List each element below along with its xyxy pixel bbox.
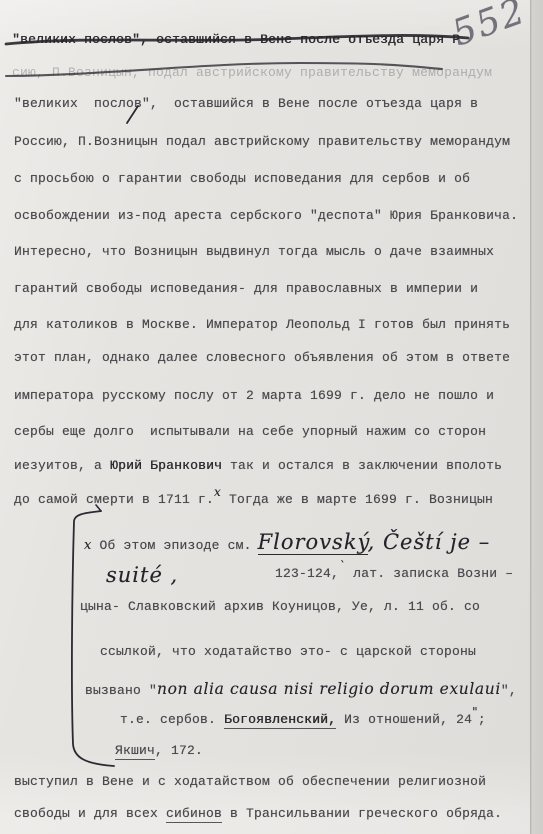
handwritten-sup-mark: " bbox=[472, 705, 478, 719]
typed-text: в Трансильвании греческого обряда. bbox=[222, 806, 502, 821]
typed-text: так и остался в заключении вполоть bbox=[222, 458, 502, 473]
typed-text: ", bbox=[501, 683, 517, 698]
typed-line: свободы и для всех сибинов в Трансильван… bbox=[14, 806, 502, 821]
typed-text: 123-124, bbox=[275, 566, 339, 581]
underlined-term: сибинов bbox=[166, 806, 222, 823]
scan-right-edge bbox=[530, 0, 543, 834]
typed-line: этот план, однако далее словесного объяв… bbox=[14, 350, 510, 365]
handwritten-author: Florovský bbox=[258, 530, 368, 555]
handwritten-latin-quote: non alia causa nisi religio dorum exulau… bbox=[157, 680, 501, 698]
handwritten-citation: Florovský, Čeští je – bbox=[258, 530, 491, 554]
footnote-pages: 123-124,` лат. записка Возни – bbox=[275, 566, 513, 581]
footnote-line: Якшич, 172. bbox=[115, 743, 203, 758]
footnote-line: т.е. сербов. Богоявленский, Из отношений… bbox=[120, 712, 486, 727]
typed-text: лат. записка Возни – bbox=[345, 566, 513, 581]
scanned-manuscript-page: 552 "великих послов", оставшийся в Вене … bbox=[0, 0, 543, 834]
cited-author: Богоявленский, bbox=[224, 712, 336, 729]
struck-draft-line-2: сию, П.Возницын, подал австрийскому прав… bbox=[12, 65, 492, 80]
typed-line: до самой смерти в 1711 г.х Тогда же в ма… bbox=[14, 492, 493, 507]
typed-text: Из отношений, 24 bbox=[336, 712, 472, 727]
footnote-line: вызвано "non alia causa nisi religio dor… bbox=[85, 680, 517, 698]
typed-line: императора русскому послу от 2 марта 169… bbox=[14, 388, 494, 403]
handwritten-tick-mark: ` bbox=[339, 559, 345, 573]
typed-text: Тогда же в марте 1699 г. Возницын bbox=[221, 492, 493, 507]
typed-text: до самой смерти в 1711 г. bbox=[14, 492, 214, 507]
struck-draft-line-1: "великих послов", оставшийся в Вене посл… bbox=[12, 32, 460, 47]
handwritten-title: , Čeští je – bbox=[368, 530, 491, 554]
footnote-line: х Об этом эпизоде см.Florovský, Čeští je… bbox=[84, 530, 490, 554]
cited-author: Якшич bbox=[115, 743, 155, 760]
footnote-reference-mark: х bbox=[214, 485, 221, 499]
typed-line: Россию, П.Возницын подал австрийскому пр… bbox=[14, 134, 510, 149]
typed-line: для католиков в Москве. Император Леопол… bbox=[14, 317, 510, 332]
typed-line: сербы еще долго испытывали на себе упорн… bbox=[14, 424, 486, 439]
typed-line: гарантий свободы исповедания- для правос… bbox=[14, 281, 478, 296]
typed-line: иезуитов, а Юрий Бранкович так и остался… bbox=[14, 458, 502, 473]
typed-text: Об этом эпизоде см. bbox=[92, 538, 252, 553]
typed-line: Интересно, что Возницын выдвинул тогда м… bbox=[14, 244, 494, 259]
typed-text: ; bbox=[478, 712, 486, 727]
overstruck-name: Юрий Бранкович bbox=[110, 458, 222, 473]
footnote-line: suité , bbox=[106, 563, 178, 587]
typed-text: вызвано " bbox=[85, 683, 157, 698]
typed-line: "великих послов", оставшийся в Вене посл… bbox=[14, 96, 478, 111]
typed-text: иезуитов, а bbox=[14, 458, 110, 473]
typed-text: т.е. сербов. bbox=[120, 712, 224, 727]
footnote-mark: х bbox=[84, 538, 92, 553]
typed-text: , 172. bbox=[155, 743, 203, 758]
typed-text: свободы и для всех bbox=[14, 806, 166, 821]
typed-line: освобождении из-под ареста сербского "де… bbox=[14, 208, 518, 223]
typed-line: выступил в Вене и с ходатайством об обес… bbox=[14, 774, 486, 789]
handwritten-marks-layer bbox=[0, 0, 543, 834]
handwritten-title-continued: suité , bbox=[106, 563, 178, 587]
footnote-line: цына- Славковский архив Коуницов, Уе, л.… bbox=[80, 599, 480, 614]
page-number-handwritten: 552 bbox=[448, 0, 532, 55]
footnote-line: ссылкой, что ходатайство это- с царской … bbox=[100, 644, 476, 659]
typed-line: с просьбою о гарантии свободы исповедани… bbox=[14, 171, 470, 186]
